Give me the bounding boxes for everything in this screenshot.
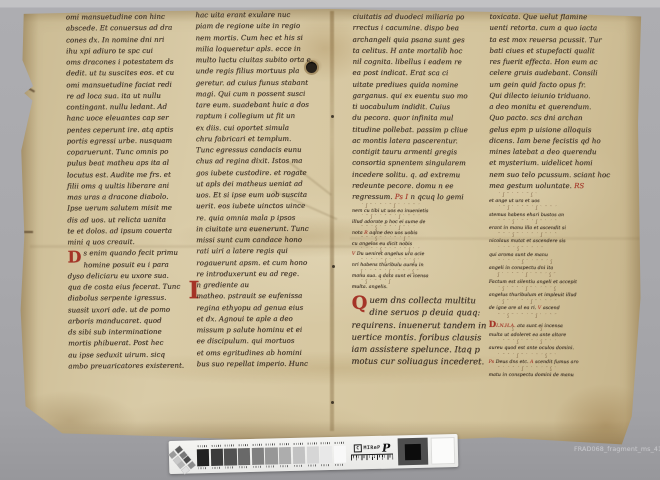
manuscript-line: re. quia omnia mala p ipsos: [196, 213, 322, 225]
neume-marks: ´ʃ˜`´ˆ´ʃ˜`ˆ´˜: [498, 300, 560, 305]
manuscript-line: ti uocabulum indidit. Cuius: [352, 103, 480, 115]
manuscript-line: bus suo repellat imperio. Hunc: [197, 360, 323, 372]
manuscript-line: omi mansuetudine faciat redi: [66, 80, 190, 92]
stitch-hole: [332, 265, 335, 268]
neume-marks: ´˜ʃ`´ˆ˜´ʃ`˜ˆ´: [498, 206, 560, 211]
manuscript-line: ˜ˆ´ʃ˜`´ˆ´ʃ˜`ˆnicolaus mutat et ascendere…: [489, 233, 621, 247]
neume-marks: ˜ˆ´ʃ˜`´ˆ´ʃ˜: [361, 237, 413, 242]
neume-marks: ˆ´ʃ˜`ˆ´˜ʃ`´ˆ˜: [498, 313, 560, 318]
manuscript-line: ´˜ʃ`´ˆ˜´ʃ`˜ˆ´stemus habens ehari bustos …: [489, 206, 621, 220]
manuscript-line: matheo. pstrauit se eufenissa: [196, 292, 322, 304]
manuscript-line: portis egressi urbe. nusquam: [67, 136, 191, 148]
manuscript-line: magi. Qui cum n possent susci: [196, 90, 322, 102]
manuscript-line: ´ˆ˜´ʃ`˜ˆ´ʃ˜`´aureu quod est ante oculos …: [489, 340, 621, 354]
manuscript-line: titudine pollebat. passim p cliue: [352, 125, 480, 137]
manuscript-line: mortis phibuerat. Post hec: [68, 339, 192, 351]
manuscript-line: dine seruos p deuia quaq:: [352, 307, 480, 320]
neume-marks: ´ʃ˜`ˆ´˜ʃ`: [498, 193, 540, 198]
neume-marks: ´ʃ`˜ˆ´ʃ˜`´ˆ´ʃ: [498, 287, 559, 292]
manuscript-line: ˜`ˆ´˜ʃ`´ˆ˜´ʃangeli in conspectu dni ita: [489, 260, 621, 274]
gray-step-patch: [306, 446, 319, 463]
black-reference-patch: [405, 443, 421, 459]
text-column-3: ciuitatis ad duodeci miliaria porrectus …: [351, 13, 480, 368]
manuscript-line: ac montis latera pascerentur.: [352, 137, 480, 149]
manuscript-line: uitate prediues quida nomine: [352, 80, 480, 92]
calibration-strip: C MIReP P: [169, 434, 459, 474]
manuscript-line: celere gruis audebant. Consili: [489, 69, 621, 81]
manuscript-line: rati uiri a latere regis qui: [196, 247, 322, 259]
manuscript-line: ˜`ˆ´˜ʃ`´ˆ˜´ʃ`nri habens thuribulu aureu …: [352, 258, 480, 269]
manuscript-line: iam assistere spelunce. Itaq p: [351, 344, 479, 357]
column-section: toxicata. Que uelut flamineuenti retorta…: [489, 13, 621, 193]
manuscript-line: chru fabricari et templum.: [196, 135, 322, 147]
neume-marks: ˆ˜´ʃ`˜ˆ´ʃ˜`´ˆ: [498, 220, 560, 225]
manuscript-line: ds sibi sub interminatione: [68, 328, 192, 340]
manuscript-line: rogauerunt apsm. et cum hono: [196, 258, 322, 270]
manuscript-line: mea gestum uoluntate. RS: [489, 182, 621, 194]
gray-step-patch: [334, 445, 347, 462]
manuscript-line: homine posuit eu i para: [67, 260, 191, 272]
manuscript-line: incedere solitu. q. ad extremu: [352, 170, 480, 182]
edge-tear: [19, 231, 33, 233]
manuscript-line: motus cur soliuagus incederet.: [351, 356, 479, 369]
manuscript-line: garganus. qui ex euentu suo mo: [352, 92, 480, 104]
manuscript-line: `˜ˆ´ʃ˜`´ˆ´ʃ˜`Ps Deus dns etc. A scendit …: [489, 354, 621, 368]
catalog-label: FRAD068_fragment_ms_416_01: [574, 446, 660, 453]
manuscript-line: coparuerunt. Tunc omnis po: [67, 148, 191, 160]
manuscript-line: dicens. Iam bene fecistis qd ho: [489, 137, 621, 149]
manuscript-line: missi sunt cum candace hono: [196, 236, 322, 248]
manuscript-line: re introduxerunt eu ad rege.: [196, 270, 322, 282]
manuscript-line: milia loqueretur apls. ecce in: [195, 45, 321, 57]
neume-marks: ´ˆ˜´ʃ`˜ˆ´ʃ˜`´: [498, 340, 560, 345]
neume-marks: ˜`ˆ´˜ʃ`´ˆ˜´ʃ`: [361, 259, 423, 264]
manuscript-line: ˆ´˜ʃ`´ˆ˜´ʃ`˜ˆmulta ut adoleret ea ante a…: [489, 327, 621, 341]
manuscript-line: `´ˆ´ʃ˜`ˆ´˜ʃ`´V Du ueniret angelus ura ac…: [352, 248, 480, 259]
manuscript-line: Quo pacto. scs dni archan: [489, 114, 621, 126]
manuscript-line: um gein quid facto opus fr.: [489, 80, 621, 92]
edge-tear: [28, 87, 35, 92]
manuscript-line: Quem dns collecta multitu: [352, 295, 480, 308]
stitch-hole: [331, 401, 334, 404]
neume-marks: ´ʃ`˜ˆ´ʃ: [361, 280, 393, 285]
neume-marks: `´ˆ´ʃ˜`ˆ´˜: [498, 246, 546, 251]
manuscript-line: gos iubete custodire. et rogate: [196, 168, 322, 180]
manuscript-line: requirens. inuenerut tandem in: [352, 319, 480, 332]
column-section: ´ʃ˜`ˆ´˜ʃ`et ange ut ura et uos´˜ʃ`´ˆ˜´ʃ`…: [489, 193, 621, 381]
manuscript-line: ´ʃ˜`ˆ´˜ʃ`et ange ut ura et uos: [489, 193, 621, 207]
manuscript-line: uos. Et si ipse eum uob suscita: [196, 191, 322, 203]
gray-step-patch: [197, 449, 210, 466]
manuscript-line: contigit tauru armenti gregis: [352, 148, 480, 160]
mirep-logo-text: MIReP: [363, 445, 380, 451]
gray-step-patch: [265, 447, 278, 464]
manuscript-line: ´ʃ˜`´ˆ´ʃ˜`ˆ´˜de igne are al ea ri. V asc…: [489, 300, 621, 314]
manuscript-line: ta est mox reuersa pcussit. Tur: [489, 35, 621, 47]
manuscript-line: locutus est. Audite me frs. et: [67, 170, 191, 182]
manuscript-line: archangeli quia psana sunt ges: [353, 35, 481, 47]
gray-step-patch: [252, 447, 265, 464]
column-section: ciuitatis ad duodeci miliaria porrectus …: [352, 13, 481, 205]
manuscript-line: toxicata. Que uelut flamine: [489, 13, 621, 25]
manuscript-line: contingant. nullu ledant. Ad: [66, 103, 190, 115]
manuscript-line: pentes ceperunt ire. atq aptis: [67, 125, 191, 137]
manuscript-line: chus ad regina dixit. Istos ma: [196, 157, 322, 169]
manuscript-line: pulus beat matheu aps ita al: [67, 159, 191, 171]
manuscript-line: mas uras a dracone diabolo.: [67, 193, 191, 205]
manuscript-line: ihu xpi adiuro te spc cui: [66, 46, 190, 58]
manuscript-line: missum p salute hominu et ei: [196, 326, 322, 338]
manuscript-line: Qui dilecto ieiunio triduano.: [489, 92, 621, 104]
manuscript-line: dis ad uos. ut relicta uanita: [67, 215, 191, 227]
neume-marks: ´˜ʃ`´ˆ˜´ʃ`˜ˆ´: [361, 215, 423, 220]
manuscript-line: uertice montis. foribus clausis: [351, 331, 479, 344]
manuscript-line: redeunte pecore. domu n ee: [352, 182, 480, 194]
stitch-hole: [331, 115, 334, 118]
text-column-2: hac uita erant exulare nucpiam de region…: [195, 11, 322, 371]
manuscript-line: ˆ´ʃ˜`ˆ´˜ʃ`´ˆ˜DI.N.H.A. ata sunt ei incen…: [489, 313, 621, 327]
manuscript-line: filii oms q uultis liberare ani: [67, 181, 191, 193]
column-section: Quem dns collecta multitudine seruos p d…: [351, 295, 479, 368]
manuscript-line: ´ʃ˜`ˆ´˜ʃ`´ˆ˜´nem cu tibi ut uos ea inuen…: [352, 204, 480, 215]
scale-ruler: [351, 453, 393, 462]
manuscript-line: rrectus i cacumine. dispo bea: [353, 24, 481, 36]
grayscale-wedge: [197, 440, 347, 470]
neume-marks: ˜`´ˆ´ʃ˜`ˆ´˜ʃ`: [498, 367, 560, 372]
manuscript-line: et dx. Agnoui te aple a deo: [196, 315, 322, 327]
manuscript-line: hac uita erant exulare nuc: [195, 11, 321, 23]
manuscript-line: ambo preuaricatores existerent.: [68, 361, 192, 373]
column-section: Ds enim quando fecit primuhomine posuit …: [67, 249, 192, 374]
manuscript-line: Tunc egressus candacis eunu: [196, 146, 322, 158]
black-reference-surround: [398, 438, 429, 466]
manuscript-line: te et dolos. ad ipsum couerta: [67, 226, 191, 238]
manuscript-line: geretur. ad cuius funus stabant: [196, 78, 322, 90]
column-section: ´ʃ˜`ˆ´˜ʃ`´ˆ˜´nem cu tibi ut uos ea inuen…: [352, 204, 480, 292]
white-reference-patch: [431, 437, 456, 465]
manuscript-line: Ds enim quando fecit primu: [67, 249, 191, 261]
manuscript-line: hanc uoce eleuantes cap ser: [66, 114, 190, 126]
manuscript-line: In grediente au: [196, 281, 322, 293]
manuscript-line: ex diis. cui oportet simula: [196, 123, 322, 135]
neume-marks: `´ˆ´ʃ˜`ˆ´˜ʃ`´: [361, 248, 423, 253]
neume-marks: ˜`ˆ´˜ʃ`´ˆ˜´ʃ: [498, 260, 555, 265]
manuscript-line: regina ethyopu ad genua eius: [196, 303, 322, 315]
manuscript-line: qua de costa eius fecerat. Tunc: [68, 283, 192, 295]
manuscript-line: dedit. ut tu suscites eos. et cu: [66, 69, 190, 81]
manuscript-line: uenti retorta. cum a quo iacta: [489, 24, 621, 36]
gray-step-patch: [210, 448, 223, 465]
manuscript-line: du pecora. quor infinita mul: [352, 114, 480, 126]
manuscript-line: dyso deliciaru eu uxore sua.: [68, 271, 192, 283]
manuscript-line: tare eum. suadebant huic a dos: [196, 101, 322, 113]
manuscript-line: abscede. Et conuersus ad dra: [66, 24, 190, 36]
manuscript-line: arboris manducaret. quod: [68, 316, 192, 328]
text-column-4: toxicata. Que uelut flamineuenti retorta…: [489, 13, 622, 381]
manuscript-line: in ciuitate ura euenerunt. Tunc: [196, 225, 322, 237]
manuscript-line: diabolus serpente igressus.: [68, 294, 192, 306]
manuscript-line: ea post indicat. Erat sca ci: [352, 69, 480, 81]
manuscript-line: uerit. eos iubete uinctos uince: [196, 202, 322, 214]
manuscript-line: Ipse uerum salutem misit me: [67, 204, 191, 216]
manuscript-line: suasit uxori ade. ut de pomo: [68, 305, 192, 317]
manuscript-line: ˜`´ˆ´ʃ˜`ˆ´˜ʃ`matu in conspectu domini de…: [489, 367, 621, 381]
parchment-fragment: omi mansuetudine con hincabscede. Et con…: [20, 9, 643, 447]
manuscript-line: a deo monitu et querendum.: [489, 103, 621, 115]
manuscript-line: ut apls dei matheus ueniat ad: [196, 180, 322, 192]
fold-crease: [330, 11, 334, 431]
manuscript-line: ˜ˆ´ʃ˜`´ˆ´ʃ˜cu angelos eu dicit nobis: [352, 237, 480, 248]
neume-marks: ʃ`´ˆ˜´ʃ`˜ˆ´ʃ˜: [361, 269, 422, 274]
manuscript-line: piam de regione uite in regio: [195, 22, 321, 34]
neume-marks: ˆ´˜ʃ`´ˆ˜´ʃ`˜ˆ: [498, 327, 560, 332]
manuscript-line: ˆ˜´ʃ`˜ˆ´ʃ˜`´ˆerant in manu illa et ascen…: [489, 220, 621, 234]
rubric-text: Ps I: [395, 193, 408, 201]
manuscript-line: raptum i collegium ut fit un: [196, 112, 322, 124]
gray-step-patch: [320, 446, 333, 463]
manuscript-line: res fuerit effecta. Hon eum ac: [489, 58, 621, 70]
manuscript-line: cones dx. In nomine dni nri: [66, 35, 190, 47]
neume-marks: ˆ˜´ʃ`˜ˆ´ʃ˜`´: [361, 226, 418, 231]
neume-marks: ʃ`´ˆ˜´ʃ`˜ˆ´ʃ˜: [498, 273, 559, 278]
manuscript-line: re ad loca sua. ita ut nullu: [66, 91, 190, 103]
p-logo-icon: P: [382, 443, 390, 452]
manuscript-line: ´˜ʃ`´ˆ˜´ʃ`˜ˆ´illud adorate p hoc ei sume…: [352, 215, 480, 226]
manuscript-line: ´ʃ`˜ˆ´ʃ˜`´ˆ´ʃangelus thuribulum et imple…: [489, 287, 621, 301]
manuscript-line: regressum. Ps I n qcuq lo gemi: [352, 193, 480, 205]
manuscript-line: et oms egritudines ab homini: [197, 348, 323, 360]
text-column-1: omi mansuetudine con hincabscede. Et con…: [66, 13, 193, 374]
column-section: In grediente aumatheo. pstrauit se eufen…: [196, 281, 322, 371]
manuscript-line: nem mortis. Cum hec et his si: [195, 33, 321, 45]
neume-marks: ´ʃ˜`ˆ´˜ʃ`´ˆ˜´: [361, 204, 423, 209]
manuscript-line: ˆ˜´ʃ`˜ˆ´ʃ˜`´nota R aqlne deo uos uobis: [352, 226, 480, 237]
photo-canvas: omi mansuetudine con hincabscede. Et con…: [0, 0, 660, 480]
manuscript-line: ´ʃ`˜ˆ´ʃmulta. angelis.: [352, 280, 480, 291]
manuscript-line: au ipse seduxit uirum. sicq: [68, 350, 192, 362]
manuscript-line: `´ˆ´ʃ˜`ˆ´˜qui aroma sunt de manu: [489, 246, 621, 260]
mirep-logo-unit: C MIReP P: [349, 443, 395, 462]
manuscript-line: consortia spnentem singularem: [352, 159, 480, 171]
gray-step-patch: [293, 446, 306, 463]
manuscript-line: gelus epm p uisione alloquis: [489, 125, 621, 137]
gray-step-patch: [238, 448, 251, 465]
manuscript-line: et mysterium. uidelicet homi: [489, 159, 621, 171]
neume-marks: `˜ˆ´ʃ˜`´ˆ´ʃ˜`: [498, 354, 560, 359]
manuscript-line: ʃ`´ˆ˜´ʃ`˜ˆ´ʃ˜Factum est silentiu angeli …: [489, 273, 621, 287]
manuscript-line: multo luctu ciuitas subito orta e.: [196, 56, 322, 68]
column-section: omi mansuetudine con hincabscede. Et con…: [66, 13, 192, 250]
column-section: hac uita erant exulare nucpiam de region…: [195, 11, 322, 281]
c-mark-icon: C: [353, 444, 362, 453]
manuscript-line: nem suo telo pcussum. sciant hoc: [489, 170, 621, 182]
neume-marks: ˜ˆ´ʃ˜`´ˆ´ʃ˜`ˆ: [498, 233, 560, 238]
manuscript-line: unde regis filius mortuus pla: [196, 67, 322, 79]
gray-step-patch: [279, 447, 292, 464]
manuscript-line: ta celitus. H ante mortalib hoc: [352, 47, 480, 59]
manuscript-line: ee discipulum. qui mortuos: [197, 337, 323, 349]
rubric-text: RS: [574, 182, 584, 190]
manuscript-line: ciuitatis ad duodeci miliaria po: [353, 13, 481, 25]
manuscript-line: nil cognita. libellus i eadem re: [352, 58, 480, 70]
gray-step-patch: [224, 448, 237, 465]
mini-color-chart: [172, 443, 195, 472]
manuscript-line: bati ciues et stupefacti qualit: [489, 47, 621, 59]
manuscript-line: mines latebat a deo querendu: [489, 148, 621, 160]
